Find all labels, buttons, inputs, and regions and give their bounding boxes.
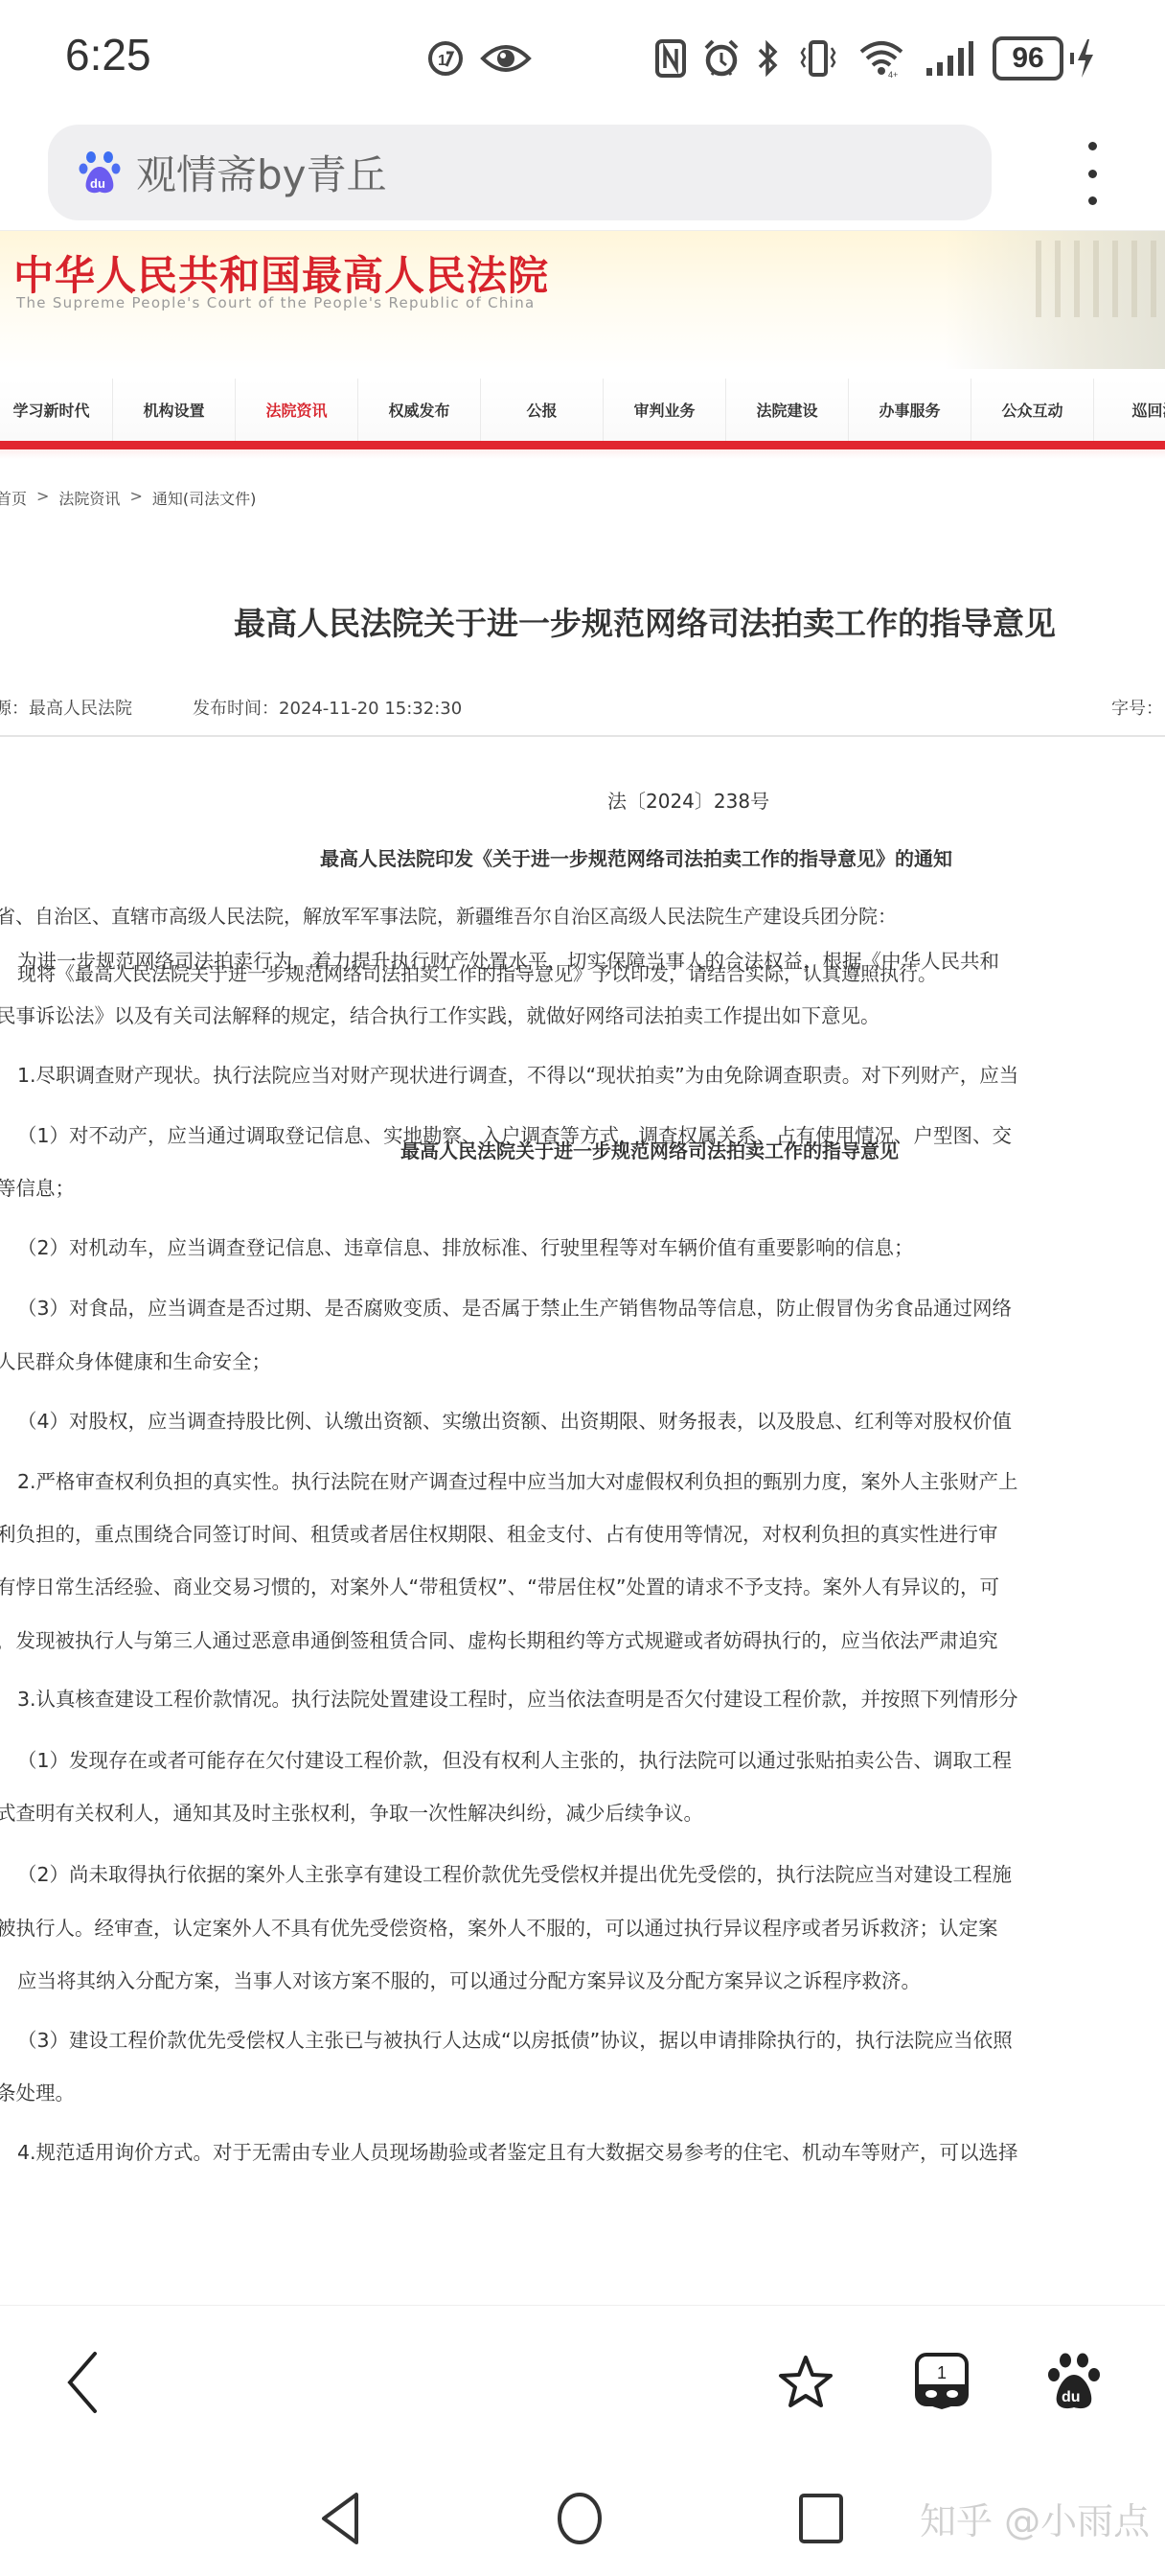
baidu-paw-icon: du (79, 149, 121, 195)
breadcrumb-separator: > (129, 487, 142, 509)
nav-tab-label: 公众互动 (1001, 399, 1062, 421)
nav-tab-label: 巡回法 (1131, 399, 1165, 421)
nav-tab-label: 审判业务 (633, 399, 695, 421)
incognito-tab-icon: 1 (913, 2352, 971, 2411)
vibrate-icon (797, 38, 839, 79)
browser-toolbar: 1 du (0, 2305, 1165, 2458)
battery-level: 96 (1012, 42, 1043, 75)
paragraph-line: ，发现被执行人与第三人通过恶意串通倒签租赁合同、虚构长期租约等方式规避或者妨碍执… (0, 1624, 998, 1653)
paragraph-line: （2）对机动车，应当调查登记信息、违章信息、排放标准、行驶里程等对车辆价值有重要… (17, 1231, 914, 1260)
paragraph-line: 1.尽职调查财产现状。执行法院应当对财产现状进行调查，不得以“现状拍卖”为由免除… (17, 1059, 1018, 1088)
nav-tab-label: 办事服务 (879, 399, 940, 421)
alarm-icon (701, 38, 742, 79)
favorite-button[interactable] (772, 2344, 839, 2421)
nav-tab-services[interactable]: 办事服务 (849, 379, 971, 441)
breadcrumb-home[interactable]: 首页 (0, 487, 27, 509)
nav-tab-circuit[interactable]: 巡回法 (1094, 379, 1165, 441)
article-title: 最高人民法院关于进一步规范网络司法拍卖工作的指导意见 (234, 599, 1056, 644)
back-triangle-icon (318, 2492, 362, 2545)
document-number: 法〔2024〕238号 (607, 786, 769, 814)
paragraph-line: 为进一步规范网络司法拍卖行为，着力提升执行财产处置水平，切实保障当事人的合法权益… (17, 945, 999, 974)
meta-divider (0, 735, 1165, 737)
nav-tab-label: 法院资讯 (265, 399, 327, 421)
signal-icon (924, 38, 975, 79)
paragraph-line: 人民群众身体健康和生命安全； (0, 1345, 271, 1374)
breadcrumb: 首页 > 法院资讯 > 通知(司法文件) (0, 487, 256, 509)
paragraph-line: （1）发现存在或者可能存在欠付建设工程价款，但没有权利人主张的，执行法院可以通过… (17, 1744, 1012, 1773)
breadcrumb-court-news[interactable]: 法院资讯 (58, 487, 120, 509)
status-time: 6:25 (65, 29, 151, 80)
nav-tab-label: 法院建设 (756, 399, 817, 421)
recents-square-icon (797, 2493, 845, 2544)
breadcrumb-notices[interactable]: 通知(司法文件) (152, 487, 257, 509)
svg-text:1: 1 (937, 2363, 947, 2382)
system-back-button[interactable] (307, 2487, 374, 2550)
paragraph-line: （3）建设工程价款优先受偿权人主张已与被执行人达成“以房抵债”协议，据以申请排除… (17, 2024, 1013, 2053)
incognito-tabs-button[interactable]: 1 (908, 2340, 975, 2423)
paragraph-line: 有悖日常生活经验、商业交易习惯的，对案外人“带租赁权”、“带居住权”处置的请求不… (0, 1571, 999, 1599)
data-saver-icon: 1 (426, 38, 465, 79)
main-nav: 学习新时代 机构设置 法院资讯 权威发布 公报 审判业务 法院建设 办事服务 公… (0, 379, 1165, 441)
paragraph-line: 民事诉讼法》以及有关司法解释的规定，结合执行工作实践，就做好网络司法拍卖工作提出… (0, 1000, 880, 1028)
bluetooth-icon (755, 38, 780, 79)
baidu-paw-icon: du (1047, 2352, 1101, 2411)
svg-text:du: du (90, 176, 105, 191)
home-circle-icon (556, 2492, 604, 2545)
paragraph-line: 3.认真核查建设工程价款情况。执行法院处置建设工程时，应当依法查明是否欠付建设工… (17, 1683, 1018, 1712)
site-title-cn: 中华人民共和国最高人民法院 (13, 244, 549, 302)
breadcrumb-separator: > (36, 487, 49, 509)
nfc-icon (653, 38, 688, 79)
court-building-image (945, 231, 1165, 369)
zhihu-watermark: 知乎 @小雨点 (920, 2492, 1150, 2544)
nav-shadow (0, 449, 1165, 459)
paragraph-line: 利负担的，重点围绕合同签订时间、租赁或者居住权期限、租金支付、占有使用等情况，对… (0, 1518, 998, 1547)
battery-icon: 96 (993, 36, 1063, 80)
paragraph-line: （4）对股权，应当调查持股比例、认缴出资额、实缴出资额、出资期限、财务报表，以及… (17, 1405, 1012, 1434)
chevron-left-icon (62, 2351, 101, 2414)
nav-tab-gazette[interactable]: 公报 (481, 379, 604, 441)
paragraph-line: 2.严格审查权利负担的真实性。执行法院在财产调查过程中应当加大对虚假权利负担的甄… (17, 1465, 1018, 1494)
nav-tab-organization[interactable]: 机构设置 (113, 379, 236, 441)
system-recents-button[interactable] (788, 2487, 855, 2550)
article-publish-time: 发布时间：2024-11-20 15:32:30 (193, 695, 462, 720)
article-source: 源：最高人民法院 (0, 695, 132, 720)
addressee-line: 省、自治区、直辖市高级人民法院，解放军军事法院，新疆维吾尔自治区高级人民法院生产… (0, 901, 897, 929)
charging-icon (1069, 38, 1098, 79)
nav-tab-court-news[interactable]: 法院资讯 (236, 379, 358, 441)
site-title-en: The Supreme People's Court of the People… (16, 294, 536, 311)
system-home-button[interactable] (546, 2485, 613, 2552)
nav-tab-label: 机构设置 (143, 399, 204, 421)
paragraph-line: 等信息； (0, 1172, 75, 1201)
nav-tab-label: 权威发布 (388, 399, 449, 421)
baidu-home-button[interactable]: du (1040, 2340, 1108, 2423)
address-bar[interactable]: du 观情斋by青丘 (48, 125, 992, 220)
paragraph-line: 4.规范适用询价方式。对于无需由专业人员现场勘验或者鉴定且有大数据交易参考的住宅… (17, 2136, 1018, 2165)
nav-divider-bar (0, 441, 1165, 449)
paragraph-line: 式查明有关权利人，通知其及时主张权利，争取一次性解决纠纷，减少后续争议。 (0, 1797, 703, 1826)
paragraph-line: （2）尚未取得执行依据的案外人主张享有建设工程价款优先受偿权并提出优先受偿的，执… (17, 1858, 1012, 1887)
paragraph-line: （1）对不动产，应当通过调取登记信息、实地勘察、入户调查等方式，调查权属关系、占… (17, 1119, 1012, 1148)
back-button[interactable] (48, 2344, 115, 2421)
paragraph-line: 应当将其纳入分配方案，当事人对该方案不服的，可以通过分配方案异议及分配方案异议之… (17, 1965, 921, 1993)
nav-tab-study[interactable]: 学习新时代 (0, 379, 113, 441)
paragraph-line: （3）对食品，应当调查是否过期、是否腐败变质、是否属于禁止生产销售物品等信息，防… (17, 1292, 1012, 1321)
svg-text:4+: 4+ (888, 70, 898, 79)
paragraph-line: 被执行人。经审查，认定案外人不具有优先受偿资格，案外人不服的，可以通过执行异议程… (0, 1912, 998, 1941)
nav-tab-public[interactable]: 公众互动 (971, 379, 1094, 441)
svg-text:1: 1 (438, 53, 446, 69)
more-vert-icon[interactable] (1078, 142, 1107, 205)
nav-tab-court-building[interactable]: 法院建设 (726, 379, 849, 441)
site-banner: 中华人民共和国最高人民法院 The Supreme People's Court… (0, 230, 1165, 369)
svg-text:du: du (1062, 2389, 1081, 2405)
nav-tab-label: 学习新时代 (12, 399, 89, 421)
nav-tab-trials[interactable]: 审判业务 (604, 379, 726, 441)
nav-tab-label: 公报 (526, 399, 557, 421)
star-icon (777, 2354, 834, 2411)
webpage-viewport[interactable]: 中华人民共和国最高人民法院 The Supreme People's Court… (0, 230, 1165, 2305)
eye-comfort-icon (479, 38, 533, 79)
paragraph-line: 条处理。 (0, 2077, 75, 2105)
address-text[interactable]: 观情斋by青丘 (136, 144, 387, 201)
wifi-icon: 4+ (857, 38, 906, 79)
font-size-control[interactable]: 字号： (1111, 695, 1163, 720)
nav-tab-releases[interactable]: 权威发布 (358, 379, 481, 441)
status-bar: 6:25 1 4+ 96 (0, 0, 1165, 115)
notice-heading: 最高人民法院印发《关于进一步规范网络司法拍卖工作的指导意见》的通知 (320, 843, 952, 871)
